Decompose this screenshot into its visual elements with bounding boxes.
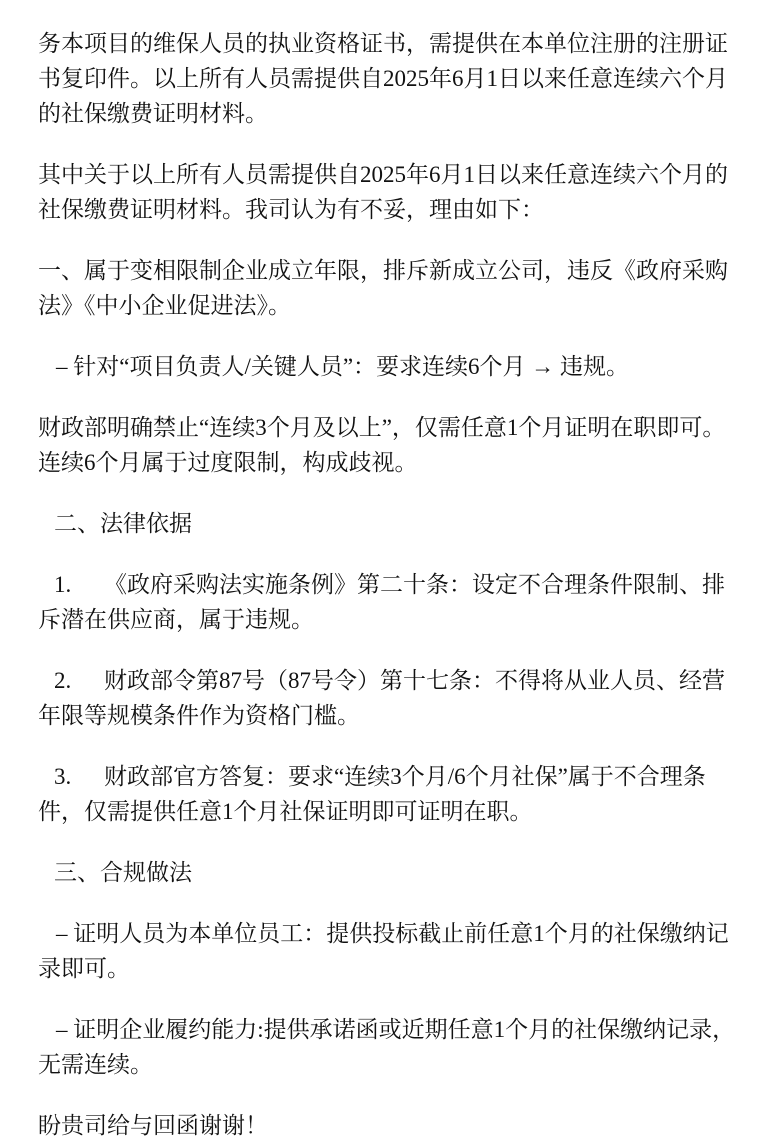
list-number: 3. bbox=[54, 759, 104, 794]
list-item-text: 财政部令第87号（87号令）第十七条：不得将从业人员、经营年限等规模条件作为资格… bbox=[38, 668, 725, 728]
paragraph-mof-prohibition: 财政部明确禁止“连续3个月及以上”，仅需任意1个月证明在职即可。连续6个月属于过… bbox=[38, 410, 746, 480]
document-page: { "document": { "background_color": "#ff… bbox=[0, 0, 762, 1145]
document-body: 务本项目的维保人员的执业资格证书，需提供在本单位注册的注册证书复印件。以上所有人… bbox=[38, 26, 746, 1143]
list-item-official-reply: 3.财政部官方答复：要求“连续3个月/6个月社保”属于不合理条件，仅需提供任意1… bbox=[38, 759, 746, 829]
section-heading-legal-basis: 二、法律依据 bbox=[38, 506, 746, 541]
paragraph-continuation: 务本项目的维保人员的执业资格证书，需提供在本单位注册的注册证书复印件。以上所有人… bbox=[38, 26, 746, 131]
section-heading-compliant-practice: 三、合规做法 bbox=[38, 855, 746, 890]
paragraph-closing: 盼贵司给与回函谢谢！ bbox=[38, 1108, 746, 1143]
list-item-text: 财政部官方答复：要求“连续3个月/6个月社保”属于不合理条件，仅需提供任意1个月… bbox=[38, 764, 706, 824]
paragraph-reason-one: 一、属于变相限制企业成立年限，排斥新成立公司，违反《政府采购法》《中小企业促进法… bbox=[38, 253, 746, 323]
bullet-prove-capability: – 证明企业履约能力:提供承诺函或近期任意1个月的社保缴纳记录，无需连续。 bbox=[38, 1012, 746, 1082]
bullet-key-personnel: – 针对“项目负责人/关键人员”：要求连续6个月 → 违规。 bbox=[38, 349, 746, 384]
list-number: 2. bbox=[54, 663, 104, 698]
list-item-text: 《政府采购法实施条例》第二十条：设定不合理条件限制、排斥潜在供应商，属于违规。 bbox=[38, 572, 725, 632]
bullet-prove-employee: – 证明人员为本单位员工：提供投标截止前任意1个月的社保缴纳记录即可。 bbox=[38, 916, 746, 986]
list-item-regulation-20: 1.《政府采购法实施条例》第二十条：设定不合理条件限制、排斥潜在供应商，属于违规… bbox=[38, 567, 746, 637]
list-item-order-87: 2.财政部令第87号（87号令）第十七条：不得将从业人员、经营年限等规模条件作为… bbox=[38, 663, 746, 733]
paragraph-objection-intro: 其中关于以上所有人员需提供自2025年6月1日以来任意连续六个月的社保缴费证明材… bbox=[38, 157, 746, 227]
list-number: 1. bbox=[54, 567, 104, 602]
